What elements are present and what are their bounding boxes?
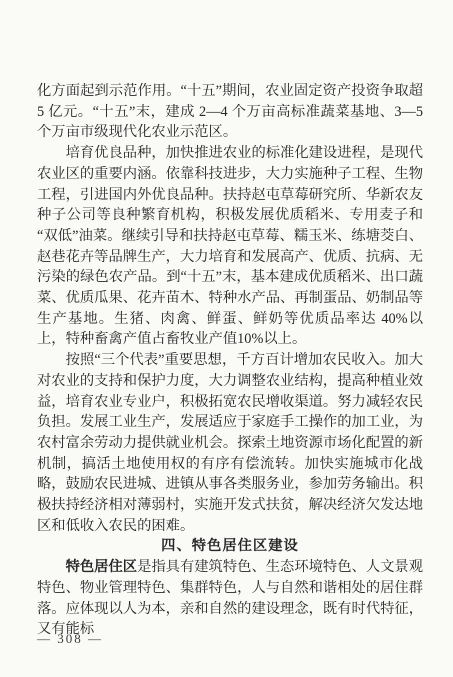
paragraph-feature-residence: 特色居住区是指具有建筑特色、生态环境特色、人文景观特色、物业管理特色、集群特色，… <box>37 557 423 640</box>
paragraph-lead-term: 特色居住区 <box>66 559 137 575</box>
paragraph-quality-breeds: 培育优良品种，加快推进农业的标准化建设进程，是现代农业区的重要内涵。依靠科技进步… <box>37 143 423 350</box>
page-number: — 308 — <box>37 631 103 647</box>
book-page: 化方面起到示范作用。“十五”期间，农业固定资产投资争取超 5 亿元。“十五”末，… <box>0 0 453 677</box>
section-heading: 四、特色居住区建设 <box>37 536 423 557</box>
paragraph-continuation: 化方面起到示范作用。“十五”期间，农业固定资产投资争取超 5 亿元。“十五”末，… <box>37 81 423 143</box>
text-column: 化方面起到示范作用。“十五”期间，农业固定资产投资争取超 5 亿元。“十五”末，… <box>37 81 423 640</box>
paragraph-farmer-income: 按照“三个代表”重要思想，千方百计增加农民收入。加大对农业的支持和保护力度，大力… <box>37 350 423 536</box>
